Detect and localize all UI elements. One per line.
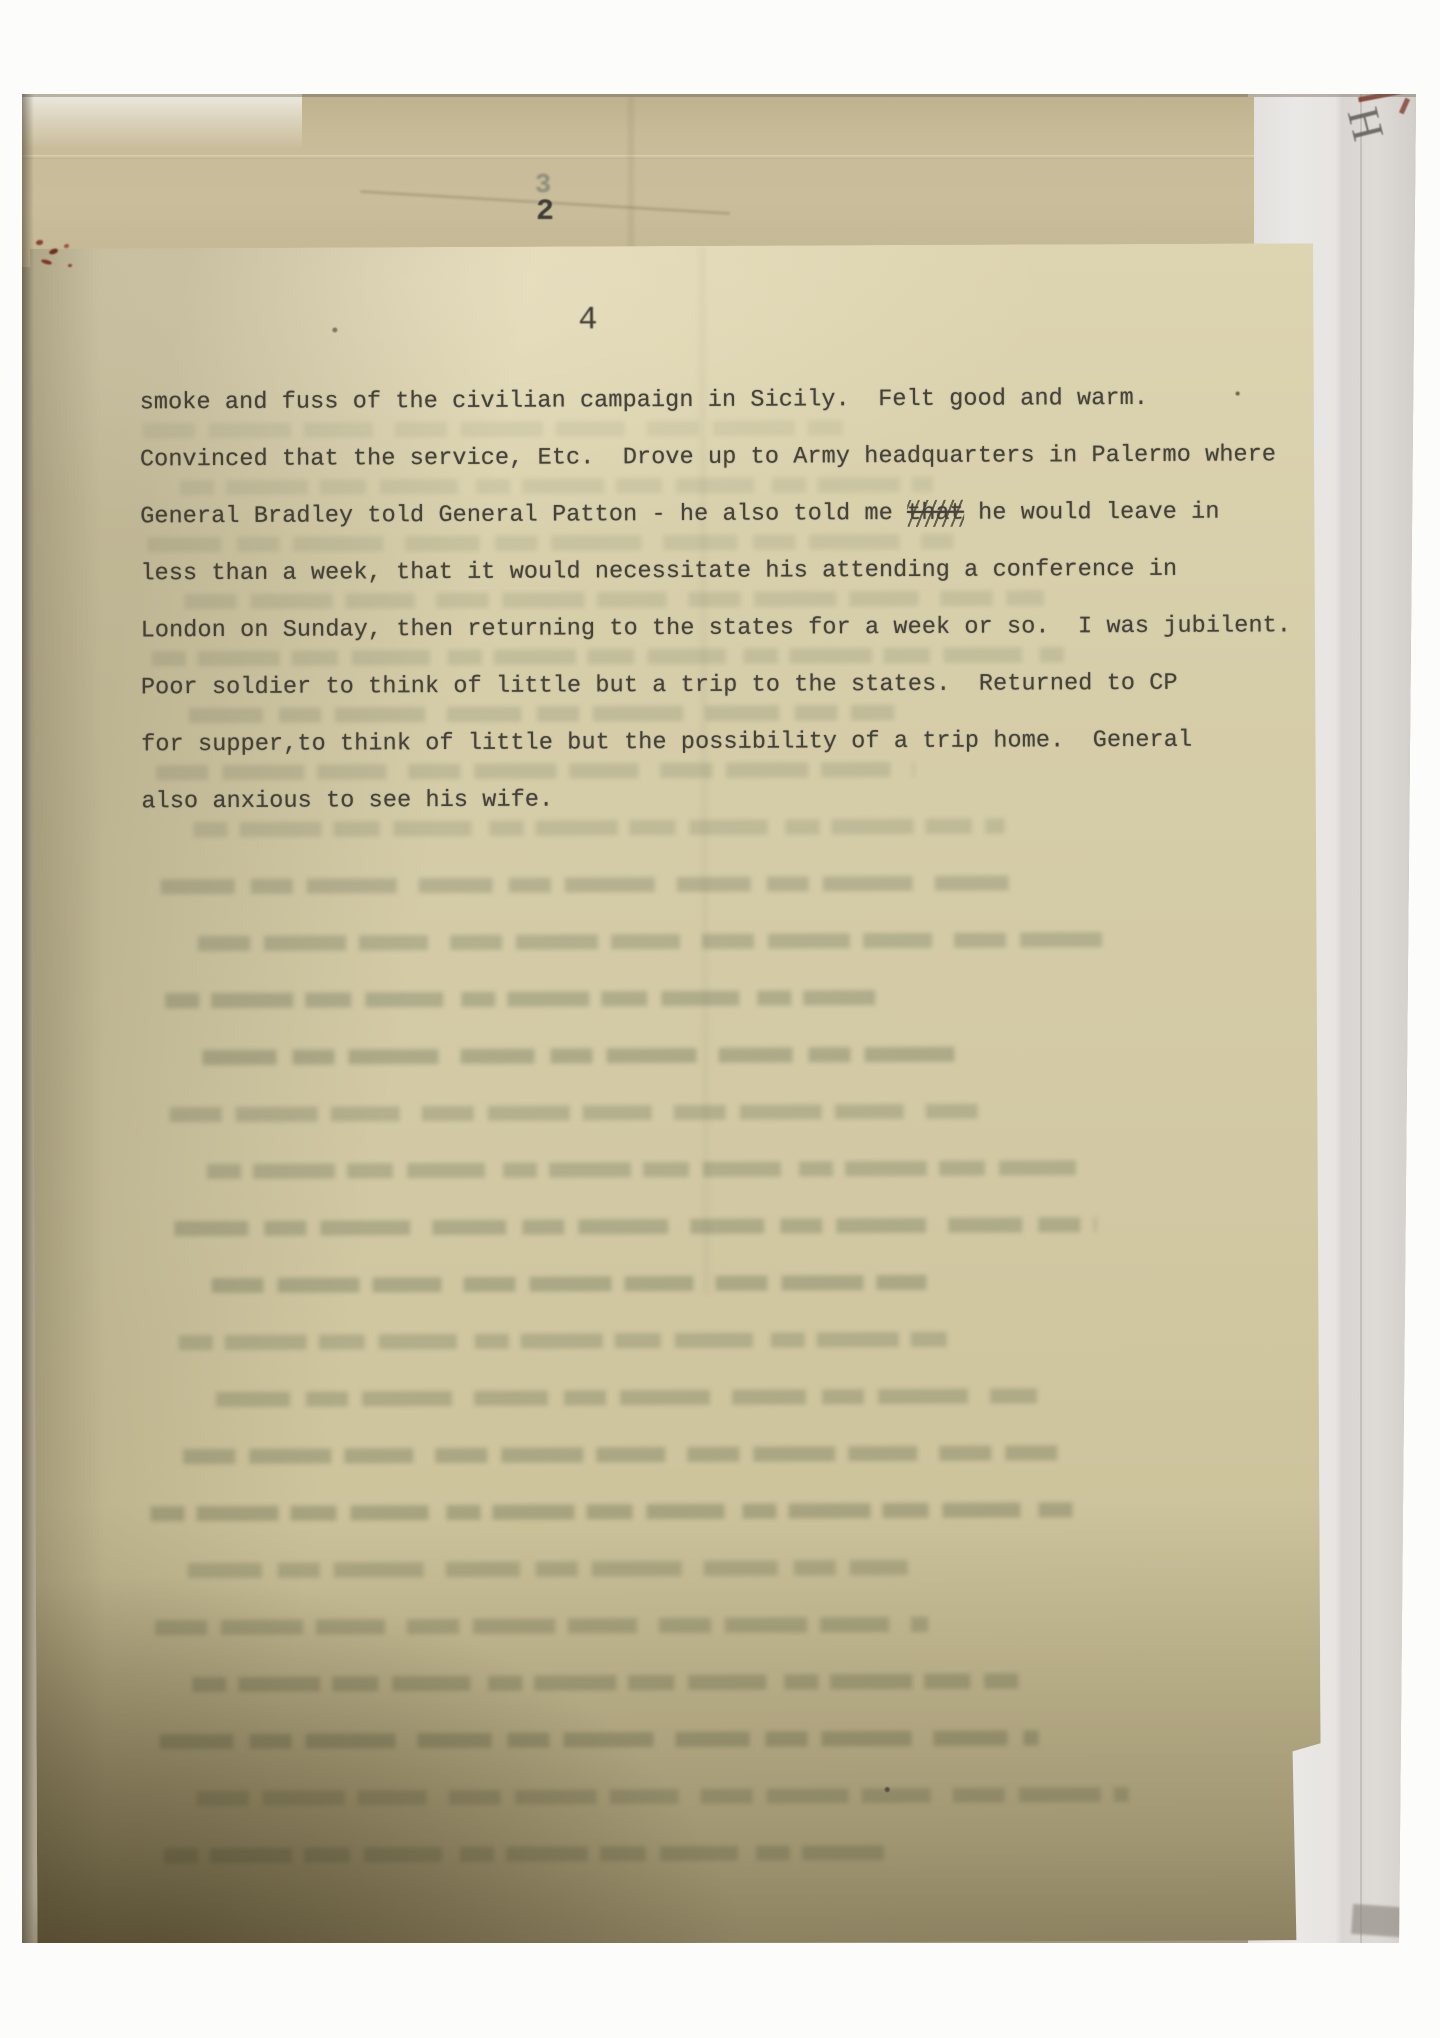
typed-line: General Bradley told General Patton - he… (140, 499, 1220, 530)
bleedthrough-line (211, 1275, 926, 1293)
bleedthrough-line (185, 590, 1044, 609)
bleedthrough-line (143, 420, 843, 438)
typed-line: smoke and fuss of the civilian campaign … (140, 385, 1148, 415)
bleedthrough-line (180, 477, 933, 495)
typed-line: Poor soldier to think of little but a tr… (141, 670, 1178, 701)
bleedthrough-line (170, 1104, 986, 1123)
backing-sheet-shadow (1351, 1904, 1415, 1938)
bleedthrough-line (159, 1730, 1038, 1749)
paper-crease (22, 155, 1254, 159)
page-number-4: 4 (578, 301, 597, 338)
bleedthrough-line (216, 1388, 1037, 1407)
bleedthrough-line (183, 1445, 1057, 1464)
typed-text: General Bradley told General Patton - he… (140, 500, 907, 530)
bleedthrough-line (194, 819, 1005, 838)
bleedthrough-line (198, 932, 1115, 951)
bleedthrough-line (207, 1160, 1076, 1179)
typed-text: he would leave in (964, 499, 1220, 527)
typed-line: for supper,to think of little but the po… (141, 727, 1192, 758)
typed-line: less than a week, that it would necessit… (140, 556, 1177, 587)
paper-crease (628, 97, 634, 265)
bleedthrough-line (174, 1217, 1096, 1236)
bleedthrough-line (203, 1047, 966, 1065)
bleedthrough-line (197, 1787, 1129, 1806)
bleedthrough-line (155, 1617, 928, 1635)
top-sheet-page-4: 4 smoke and fuss of the civilian campaig… (30, 243, 1325, 1946)
typed-line: also anxious to see his wife. (141, 787, 553, 815)
paper-speck (885, 1787, 890, 1792)
page-number-2: 2 (536, 195, 554, 229)
photo-edge (22, 94, 1416, 97)
typed-line: London on Sunday, then returning to the … (141, 612, 1291, 643)
bleedthrough-line (152, 647, 1064, 666)
bleedthrough-line (192, 1674, 1018, 1693)
bleedthrough-line (150, 1502, 1077, 1521)
bleedthrough-line (188, 1560, 908, 1578)
paper-highlight (22, 94, 302, 149)
bleedthrough-line (161, 875, 1025, 894)
paper-speck (1236, 392, 1240, 396)
document-photo: H 3 2 4 smoke and fuss of the civilian c… (22, 94, 1416, 1943)
struck-text: that (907, 500, 964, 527)
photo-edge (22, 94, 34, 1943)
typed-line: Convinced that the service, Etc. Drove u… (140, 441, 1276, 472)
bleedthrough-line (179, 1332, 947, 1350)
bleedthrough-line (189, 705, 894, 723)
ink-dot (332, 327, 337, 332)
backing-sheet-fold (1360, 94, 1362, 1943)
bleedthrough-line (156, 762, 914, 780)
bleedthrough-line (164, 1845, 889, 1863)
bleedthrough-line (147, 534, 953, 553)
bleedthrough-line (165, 990, 875, 1008)
paper-shading (30, 249, 107, 1946)
